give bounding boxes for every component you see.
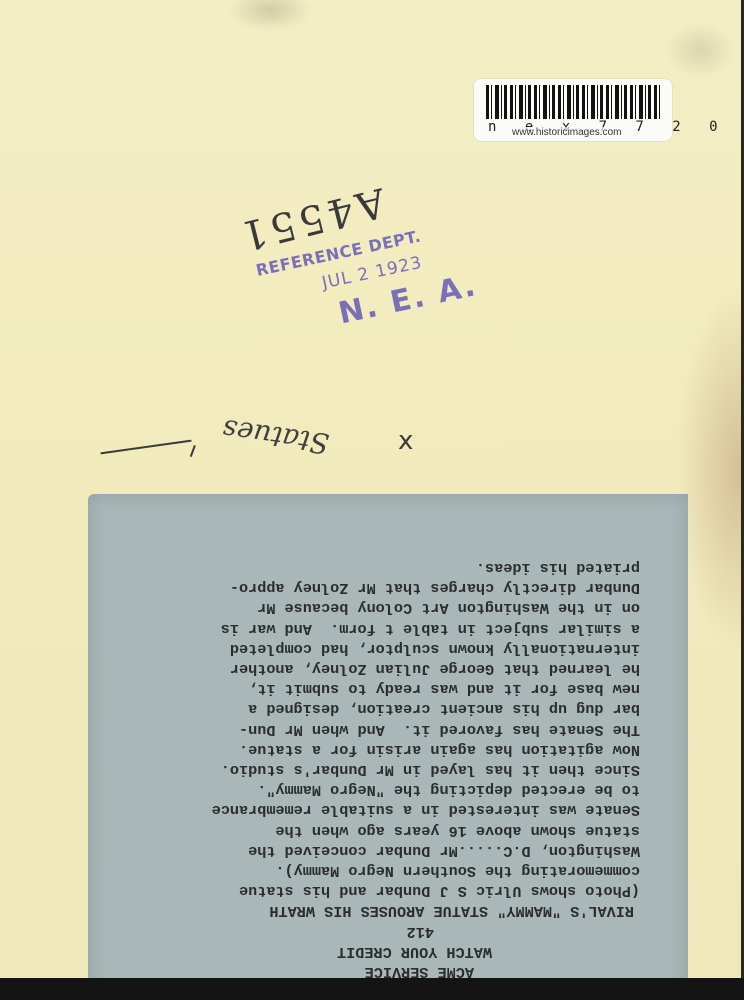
caption-title: RIVAL'S "MAMMY" STATUE AROUSES HIS WRATH bbox=[212, 901, 688, 921]
caption-text-rotated: ACME SERVICE WATCH YOUR CREDIT 412 RIVAL… bbox=[88, 494, 688, 1000]
caption-line: new base for it and was ready to submit … bbox=[212, 679, 688, 699]
caption-line: Washington, D.C.....Mr Dunbar conceived … bbox=[212, 841, 688, 861]
caption-line: internationally known sculptor, had comp… bbox=[212, 639, 688, 659]
caption-line: priated his ideas. bbox=[212, 558, 688, 578]
barcode-label: n e x 7 7 2 0 6 www.historicimages.com bbox=[474, 79, 672, 141]
caption-block: ACME SERVICE WATCH YOUR CREDIT 412 RIVAL… bbox=[212, 558, 688, 982]
barcode-watermark: www.historicimages.com bbox=[512, 127, 621, 138]
barcode-icon bbox=[486, 85, 660, 119]
caption-line: he learned that George Julian Zolney, an… bbox=[212, 659, 688, 679]
caption-header-credit: WATCH YOUR CREDIT bbox=[212, 942, 688, 962]
caption-line: on in the Washington Art Colony because … bbox=[212, 598, 688, 618]
caption-line: statue shown above 16 years ago when the bbox=[212, 820, 688, 840]
caption-line: The Senate has favored it. And when Mr D… bbox=[212, 719, 688, 739]
caption-slip: ACME SERVICE WATCH YOUR CREDIT 412 RIVAL… bbox=[88, 494, 688, 1000]
scan-edge-bottom bbox=[0, 978, 744, 1000]
caption-line: bar dug up his ancient creation, designe… bbox=[212, 699, 688, 719]
caption-header-number: 412 bbox=[212, 921, 688, 941]
caption-line: Dunbar directly charges that Mr Zolney a… bbox=[212, 578, 688, 598]
caption-line: to be erected depicting the "Negro Mammy… bbox=[212, 780, 688, 800]
caption-line: commemorating the Southern Negro Mammy). bbox=[212, 861, 688, 881]
caption-line: Senate was interested in a suitable reme… bbox=[212, 800, 688, 820]
caption-line: Since then it has layed in Mr Dunbar's s… bbox=[212, 760, 688, 780]
caption-line: Now agitation has again arisin for a sta… bbox=[212, 740, 688, 760]
caption-line: a similar subject in table t form. And w… bbox=[212, 618, 688, 638]
handwritten-x-mark: x bbox=[398, 426, 413, 456]
caption-line: (Photo shows Ulric S J Dunbar and his st… bbox=[212, 881, 688, 901]
